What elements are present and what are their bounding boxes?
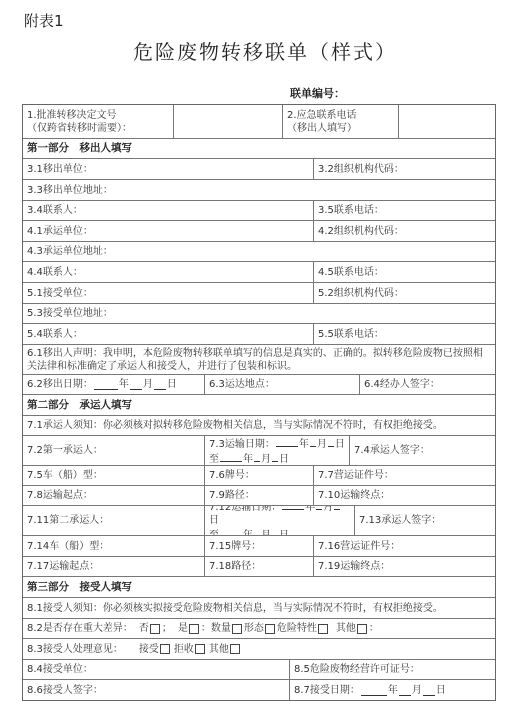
day-label: 日 [279,530,289,535]
vehicle-type-2-field[interactable]: 7.14车（船）型： [23,536,204,556]
receiver-unit-field[interactable]: 5.1接受单位： [23,283,313,303]
day-label: 日 [436,684,446,697]
approval-number-field[interactable] [173,105,282,138]
accept-checkbox[interactable] [160,644,170,654]
receiving-unit-field[interactable]: 8.4接受单位： [23,660,289,679]
shipper-phone-field[interactable]: 3.5联系电话： [313,201,495,220]
serial-number-label: 联单编号： [290,85,345,101]
header-row: 1.批准转移决定文号 （仅跨省转移时需要）： 2.应急联系电话 （移出人填写） [23,105,495,138]
form-title: 危险废物转移联单（样式） [0,36,530,65]
day-label: 日 [335,439,345,450]
handling-opinion-row: 8.3接受人处理意见： 接受 拒收 其他 [23,639,495,659]
shipper-address-field[interactable]: 3.3移出单位地址： [23,180,495,200]
approval-label-text: 1.批准转移决定文号 [27,109,117,122]
from-year-blank[interactable] [276,436,298,447]
transport-date-to: 至年月日 [209,451,289,466]
yes-label: 是 [178,622,188,635]
day-label: 日 [209,515,219,526]
carrier-org-code-field[interactable]: 4.2组织机构代码： [313,221,495,241]
receiver-notice: 8.1接受人须知：你必须核实拟接受危险废物相关信息，当与实际情况不符时，有权拒绝… [23,598,495,618]
year-label: 年 [305,506,315,513]
month-label: 月 [317,439,327,450]
year-label: 年 [299,439,309,450]
second-carrier-field[interactable]: 7.11第二承运人： [23,506,204,535]
to-year-blank[interactable] [220,451,242,462]
first-carrier-signature-field[interactable]: 7.4承运人签字： [349,436,495,465]
handler-signature-field[interactable]: 6.4经办人签字： [359,375,495,394]
from-day-blank[interactable] [334,506,340,510]
year-blank[interactable] [361,685,387,696]
part3-heading: 第三部分 接受人填写 [23,577,495,597]
shipment-date-label: 6.2移出日期： [27,378,93,391]
month-label: 月 [261,530,271,535]
transport-destination-2-field[interactable]: 7.19运输终点： [313,557,495,576]
plate-number-2-field[interactable]: 7.15牌号： [204,536,313,556]
transport-date-label: 7.3运输日期： [209,439,275,450]
receiver-org-code-field[interactable]: 5.2组织机构代码： [313,283,495,303]
operating-license-field[interactable]: 7.7营运证件号： [313,466,495,485]
year-blank[interactable] [94,379,118,390]
month-label: 月 [261,454,271,465]
no-label: 否 [139,622,149,635]
month-label: 月 [143,378,153,391]
hazardous-waste-license-field[interactable]: 8.5危险废物经营许可证号： [289,660,495,679]
approval-number-label: 1.批准转移决定文号 （仅跨省转移时需要）： [23,105,173,138]
first-carrier-field[interactable]: 7.2第一承运人： [23,436,204,465]
from-year-blank[interactable] [282,506,304,510]
to-label: 至 [209,530,219,535]
receiver-signature-field[interactable]: 8.6接受人签字： [23,680,289,700]
approval-note-text: （仅跨省转移时需要）： [27,122,132,135]
month-blank[interactable] [399,685,411,696]
other-opinion-checkbox[interactable] [230,644,240,654]
receive-date-label: 8.7接受日期： [294,684,360,697]
month-blank[interactable] [130,379,142,390]
part1-heading: 第一部分 移出人填写 [23,139,495,158]
second-transport-date-field[interactable]: 7.12运输日期：年月日 至年月日 [204,506,354,535]
other-opinion-label: 其他 [209,643,229,656]
form-checkbox[interactable] [265,624,275,634]
part2-heading: 第二部分 承运人填写 [23,395,495,415]
hazard-checkbox[interactable] [318,624,328,634]
to-day-blank[interactable] [272,527,278,535]
carrier-unit-field[interactable]: 4.1承运单位： [23,221,313,241]
day-label: 日 [279,454,289,465]
receiver-address-field[interactable]: 5.3接受单位地址： [23,304,495,323]
year-label: 年 [243,454,253,465]
reject-label: 拒收 [174,643,194,656]
to-label: 至 [209,454,219,465]
transport-origin-field[interactable]: 7.8运输起点： [23,486,204,505]
transport-date-to: 至年月日 [209,527,289,535]
carrier-contact-field[interactable]: 4.4联系人： [23,262,313,282]
from-day-blank[interactable] [328,436,334,447]
year-label: 年 [243,530,253,535]
to-day-blank[interactable] [272,451,278,462]
receive-date-field[interactable]: 8.7接受日期： 年 月 日 [289,680,495,700]
transport-date-label: 7.12运输日期： [209,506,281,513]
vehicle-type-field[interactable]: 7.5车（船）型： [23,466,204,485]
accept-label: 接受 [139,643,159,656]
quantity-checkbox[interactable] [232,624,242,634]
shipper-unit-field[interactable]: 3.1移出单位： [23,159,313,179]
handling-opinion-label: 8.3接受人处理意见： [27,643,123,656]
to-month-blank[interactable] [254,527,260,535]
shipment-date-field[interactable]: 6.2移出日期： 年 月 日 [23,375,204,394]
carrier-notice: 7.1承运人须知：你必须核对拟转移危险废物相关信息，当与实际情况不符时，有权拒绝… [23,416,495,435]
month-label: 月 [323,506,333,513]
no-checkbox[interactable] [150,624,160,634]
transport-origin-2-field[interactable]: 7.17运输起点： [23,557,204,576]
second-carrier-signature-field[interactable]: 7.13承运人签字： [354,506,495,535]
shipper-org-code-field[interactable]: 3.2组织机构代码： [313,159,495,179]
emergency-phone-field[interactable] [398,105,495,138]
from-month-blank[interactable] [316,506,322,510]
quantity-label: 数量 [211,622,231,635]
shipper-declaration: 6.1移出人声明：我申明，本危险废物转移联单填写的信息是真实的、正确的。拟转移危… [23,345,495,374]
form-label: 形态 [244,622,264,635]
hazard-label: 危险特性 [277,622,317,635]
appendix-label: 附表1 [24,10,64,31]
receiver-phone-field[interactable]: 5.5联系电话： [313,324,495,344]
transfer-manifest-table: 1.批准转移决定文号 （仅跨省转移时需要）： 2.应急联系电话 （移出人填写） … [22,104,496,701]
year-label: 年 [119,378,129,391]
reject-checkbox[interactable] [195,644,205,654]
emergency-phone-label: 2.应急联系电话 （移出人填写） [282,105,398,138]
day-blank[interactable] [154,379,166,390]
destination-field[interactable]: 6.3运达地点： [204,375,359,394]
yes-checkbox[interactable] [189,624,199,634]
transport-destination-field[interactable]: 7.10运输终点： [313,486,495,505]
operating-license-2-field[interactable]: 7.16营运证件号： [313,536,495,556]
receiver-contact-field[interactable]: 5.4联系人： [23,324,313,344]
other-label: 其他 [336,622,356,635]
day-label: 日 [167,378,177,391]
route-field[interactable]: 7.9路径： [204,486,313,505]
to-month-blank[interactable] [254,451,260,462]
transport-date-from: 7.3运输日期：年月日 [209,436,345,451]
transport-date-from: 7.12运输日期：年月日 [209,506,350,527]
month-label: 月 [412,684,422,697]
plate-number-field[interactable]: 7.6牌号： [204,466,313,485]
shipper-contact-field[interactable]: 3.4联系人： [23,201,313,220]
other-checkbox[interactable] [357,624,367,634]
discrepancy-label: 8.2是否存在重大差异： [27,622,133,635]
emergency-note-text: （移出人填写） [287,122,357,135]
from-month-blank[interactable] [310,436,316,447]
route-2-field[interactable]: 7.18路径： [204,557,313,576]
carrier-phone-field[interactable]: 4.5联系电话： [313,262,495,282]
discrepancy-row: 8.2是否存在重大差异： 否； 是： 数量 形态 危险特性 其他： [23,619,495,638]
emergency-label-text: 2.应急联系电话 [287,109,357,122]
day-blank[interactable] [423,685,435,696]
to-year-blank[interactable] [220,527,242,535]
first-transport-date-field[interactable]: 7.3运输日期：年月日 至年月日 [204,436,349,465]
year-label: 年 [388,684,398,697]
carrier-address-field[interactable]: 4.3承运单位地址： [23,242,495,261]
